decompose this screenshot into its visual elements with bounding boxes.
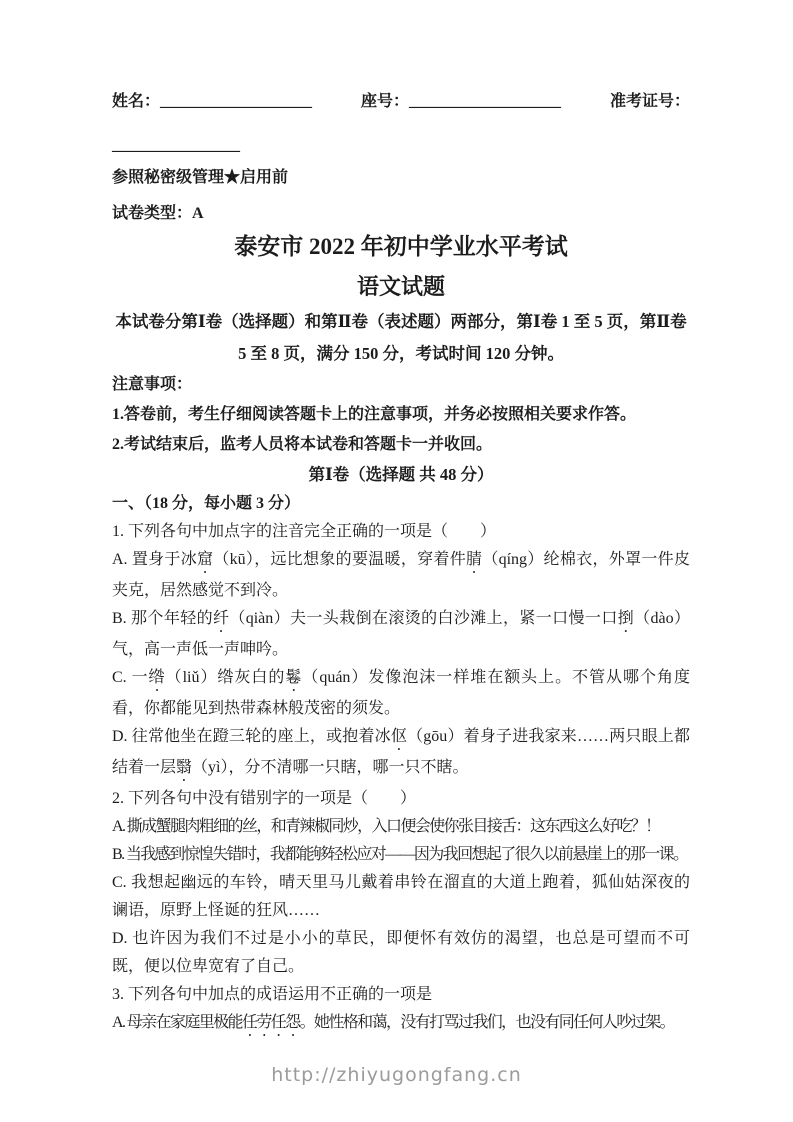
watermark-url: http://zhiyugongfang.cn bbox=[0, 1064, 793, 1086]
notice-item-1: 1.答卷前，考生仔细阅读答题卡上的注意事项，并务必按照相关要求作答。 bbox=[112, 400, 690, 430]
text-segment: D. 往常他坐在蹬三轮的座上，或抱着冰 bbox=[112, 728, 391, 745]
secrecy-notice: 参照秘密级管理★启用前 bbox=[112, 164, 690, 192]
subject-title: 语文试题 bbox=[112, 270, 690, 304]
question-1-stem: 1. 下列各句中加点字的注音完全正确的一项是（ ） bbox=[112, 518, 690, 546]
question-1-option-a: A. 置身于冰窟（kū），远比想象的要温暖，穿着件腈（qíng）纶棉衣，外罩一件… bbox=[112, 546, 690, 605]
exam-paper-page: 姓名：___________________ 座号：______________… bbox=[0, 0, 793, 1122]
question-2-stem: 2. 下列各句中没有错别字的一项是（ ） bbox=[112, 785, 690, 813]
emphasized-char: 窟 bbox=[197, 551, 213, 568]
candidate-name-group: 姓名：___________________ bbox=[112, 88, 312, 116]
question-2-option-c: C. 我想起幽远的车铃，晴天里马儿戴着串铃在溜直的大道上跑着，狐仙姑深夜的谰语，… bbox=[112, 869, 690, 925]
exam-title: 泰安市 2022 年初中学业水平考试 bbox=[112, 230, 690, 264]
question-3-stem: 3. 下列各句中加点的成语运用不正确的一项是 bbox=[112, 981, 690, 1009]
emphasized-char: 伛 bbox=[391, 728, 407, 745]
question-1-option-b: B. 那个年轻的纤（qiàn）夫一头栽倒在滚烫的白沙滩上，紧一口慢一口捯（dào… bbox=[112, 605, 690, 664]
question-2-option-d: D. 也许因为我们不过是小小的草民，即便怀有效仿的渴望，也总是可望而不可既，便以… bbox=[112, 925, 690, 981]
text-segment: （kū），远比想象的要温暖，穿着件 bbox=[213, 551, 466, 568]
text-segment: （yì），分不清哪一只瞎，哪一只不瞎。 bbox=[192, 759, 468, 776]
text-segment: （liǔ）绺灰白的 bbox=[166, 669, 286, 686]
page-content: 姓名：___________________ 座号：______________… bbox=[112, 88, 690, 1040]
candidate-name-blank: ___________________ bbox=[160, 93, 312, 110]
admission-ticket-label: 准考证号： bbox=[610, 88, 690, 116]
paper-type: 试卷类型：A bbox=[112, 200, 690, 228]
text-segment: （qiàn）夫一头栽倒在滚烫的白沙滩上，紧一口慢一口 bbox=[229, 610, 617, 627]
emphasized-char: 腈 bbox=[466, 551, 482, 568]
question-1-option-c: C. 一绺（liǔ）绺灰白的鬈（quán）发像泡沫一样堆在额头上。不管从哪个角度… bbox=[112, 664, 690, 723]
text-segment: 。她性格和蔼，没有打骂过我们，也没有同任何人吵过架。 bbox=[300, 1014, 674, 1031]
admission-ticket-blank: ________________ bbox=[112, 132, 690, 160]
exam-intro: 本试卷分第Ⅰ卷（选择题）和第Ⅱ卷（表述题）两部分，第Ⅰ卷 1 至 5 页，第Ⅱ卷… bbox=[112, 306, 690, 370]
text-segment: B. 那个年轻的 bbox=[112, 610, 213, 627]
question-1-option-d: D. 往常他坐在蹬三轮的座上，或抱着冰伛（gōu）着身子进我家来……两只眼上都结… bbox=[112, 723, 690, 785]
question-2-option-b: B. 当我感到惊惶失错时，我都能够轻松应对——因为我回想起了很久以前悬崖上的那一… bbox=[112, 841, 690, 869]
emphasized-char: 绺 bbox=[149, 669, 166, 686]
candidate-info-row: 姓名：___________________ 座号：______________… bbox=[112, 88, 690, 116]
notices-heading: 注意事项： bbox=[112, 370, 690, 400]
emphasized-char: 鬈 bbox=[285, 669, 302, 686]
candidate-name-label: 姓名： bbox=[112, 93, 160, 110]
notice-item-2: 2.考试结束后，监考人员将本试卷和答题卡一并收回。 bbox=[112, 430, 690, 460]
part-one-heading: 一、（18 分，每小题 3 分） bbox=[112, 490, 690, 518]
seat-number-label: 座号： bbox=[361, 93, 409, 110]
text-segment: A. 置身于冰 bbox=[112, 551, 197, 568]
emphasized-char: 纤 bbox=[213, 610, 229, 627]
seat-number-group: 座号：___________________ bbox=[361, 88, 561, 116]
emphasized-char: 捯 bbox=[618, 610, 634, 627]
text-segment: B. 当我感到惊惶失错时，我都能够轻松应对——因为我回想起了很久以前悬崖上的那一… bbox=[112, 846, 687, 863]
text-segment: A. 母亲在家庭里极能 bbox=[112, 1014, 242, 1031]
text-segment: A. 撕成蟹腿肉粗细的丝，和青辣椒同炒，入口便会使你张目接舌：这东西这么好吃？！ bbox=[112, 818, 660, 835]
text-segment: C. 我想起幽远的车铃，晴天里马儿戴着串铃在溜直的大道上跑着，狐仙姑深夜的谰语，… bbox=[112, 874, 690, 919]
question-3-option-a: A. 母亲在家庭里极能任劳任怨。她性格和蔼，没有打骂过我们，也没有同任何人吵过架… bbox=[112, 1009, 690, 1040]
text-segment: D. 也许因为我们不过是小小的草民，即便怀有效仿的渴望，也总是可望而不可既，便以… bbox=[112, 930, 690, 975]
section-one-heading: 第Ⅰ卷（选择题 共 48 分） bbox=[112, 460, 690, 490]
seat-number-blank: ___________________ bbox=[409, 93, 561, 110]
text-segment: C. 一 bbox=[112, 669, 149, 686]
question-2-option-a: A. 撕成蟹腿肉粗细的丝，和青辣椒同炒，入口便会使你张目接舌：这东西这么好吃？！ bbox=[112, 813, 690, 841]
emphasized-char: 翳 bbox=[176, 759, 192, 776]
emphasized-char: 任劳任怨 bbox=[242, 1014, 300, 1031]
